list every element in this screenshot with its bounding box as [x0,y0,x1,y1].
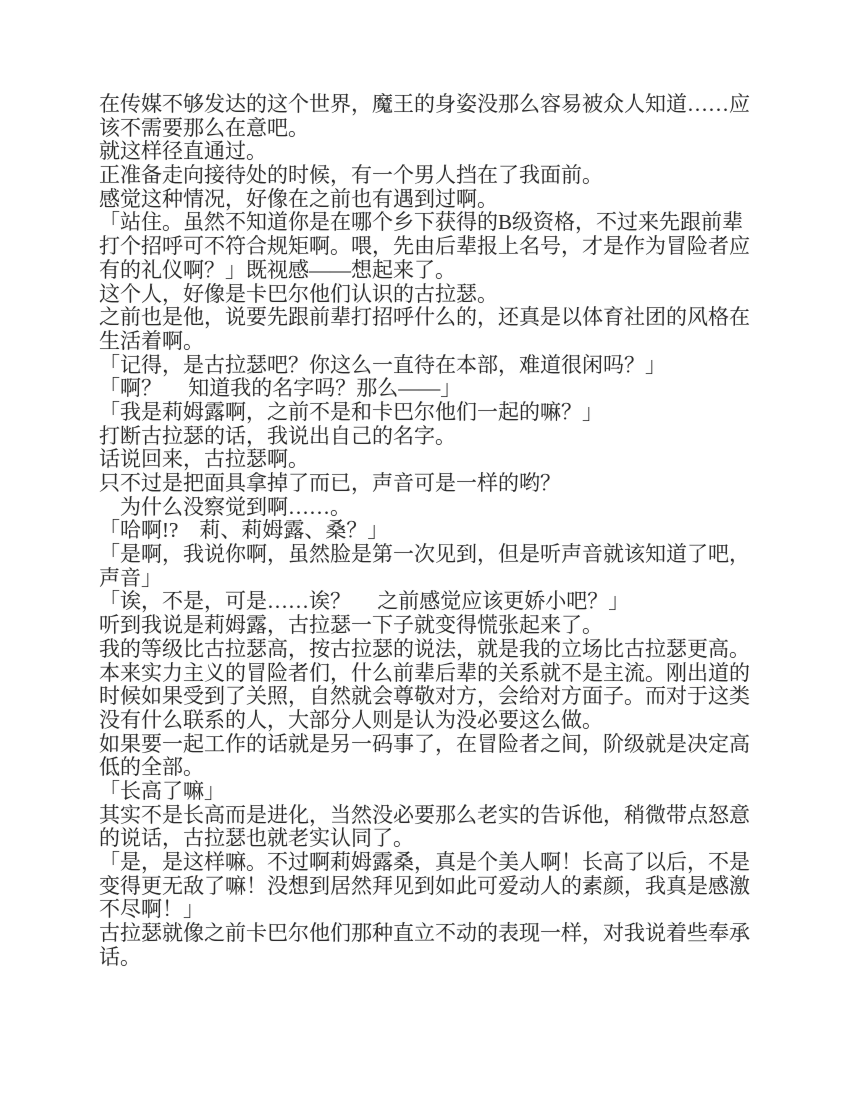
text-line: 声音」 [99,567,771,591]
text-line: 该不需要那么在意吧。 [99,117,771,141]
text-line: 打个招呼可不符合规矩啊。喂，先由后辈报上名号，才是作为冒险者应 [99,235,771,259]
text-line: 话说回来，古拉瑟啊。 [99,448,771,472]
text-line: 不尽啊！」 [99,898,771,922]
text-line: 其实不是长高而是进化，当然没必要那么老实的告诉他，稍微带点怒意 [99,804,771,828]
text-line: 时候如果受到了关照，自然就会尊敬对方，会给对方面子。而对于这类 [99,685,771,709]
text-line: 「我是莉姆露啊，之前不是和卡巴尔他们一起的嘛？」 [99,401,771,425]
text-line: 「长高了嘛」 [99,780,771,804]
novel-page: 在传媒不够发达的这个世界，魔王的身姿没那么容易被众人知道……应 该不需要那么在意… [0,0,850,1100]
text-line: 感觉这种情况，好像在之前也有遇到过啊。 [99,188,771,212]
text-line: 为什么没察觉到啊……。 [99,496,771,520]
text-line: 没有什么联系的人，大部分人则是认为没必要这么做。 [99,709,771,733]
text-line: 「诶，不是，可是……诶？ 之前感觉应该更娇小吧？」 [99,590,771,614]
text-line: 「记得，是古拉瑟吧？你这么一直待在本部，难道很闲吗？」 [99,354,771,378]
text-line: 这个人，好像是卡巴尔他们认识的古拉瑟。 [99,283,771,307]
text-line: 就这样径直通过。 [99,140,771,164]
text-line: 如果要一起工作的话就是另一码事了，在冒险者之间，阶级就是决定高 [99,733,771,757]
text-line: 在传媒不够发达的这个世界，魔王的身姿没那么容易被众人知道……应 [99,93,771,117]
text-line: 「是啊，我说你啊，虽然脸是第一次见到，但是听声音就该知道了吧， [99,543,771,567]
text-line: 我的等级比古拉瑟高，按古拉瑟的说法，就是我的立场比古拉瑟更高。 [99,638,771,662]
text-line: 变得更无敌了嘛！没想到居然拜见到如此可爱动人的素颜，我真是感激 [99,875,771,899]
text-line: 话。 [99,946,771,970]
text-line: 正准备走向接待处的时候，有一个男人挡在了我面前。 [99,164,771,188]
novel-text-block: 在传媒不够发达的这个世界，魔王的身姿没那么容易被众人知道……应 该不需要那么在意… [99,93,771,969]
text-line: 打断古拉瑟的话，我说出自己的名字。 [99,425,771,449]
text-line: 有的礼仪啊？」既视感——想起来了。 [99,259,771,283]
text-line: 「站住。虽然不知道你是在哪个乡下获得的B级资格，不过来先跟前辈 [99,211,771,235]
text-line: 低的全部。 [99,756,771,780]
text-line: 本来实力主义的冒险者们，什么前辈后辈的关系就不是主流。刚出道的 [99,662,771,686]
text-line: 生活着啊。 [99,330,771,354]
text-line: 古拉瑟就像之前卡巴尔他们那种直立不动的表现一样，对我说着些奉承 [99,922,771,946]
text-line: 之前也是他，说要先跟前辈打招呼什么的，还真是以体育社团的风格在 [99,306,771,330]
text-line: 的说话，古拉瑟也就老实认同了。 [99,827,771,851]
text-line: 听到我说是莉姆露，古拉瑟一下子就变得慌张起来了。 [99,614,771,638]
text-line: 「哈啊!? 莉、莉姆露、桑？」 [99,519,771,543]
text-line: 「是，是这样嘛。不过啊莉姆露桑，真是个美人啊！长高了以后，不是 [99,851,771,875]
text-line: 只不过是把面具拿掉了而已，声音可是一样的哟？ [99,472,771,496]
text-line: 「啊？ 知道我的名字吗？那么——」 [99,377,771,401]
